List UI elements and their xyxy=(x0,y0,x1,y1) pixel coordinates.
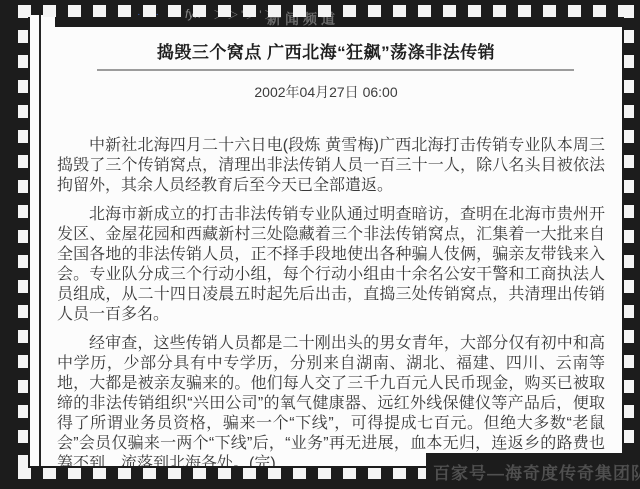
perforation-top xyxy=(18,5,634,17)
title-separator-line xyxy=(97,69,574,71)
watermark-text: 百家号—海奇度传奇集团队 xyxy=(433,459,640,484)
article-title: 捣毁三个窝点 广西北海“狂飙”荡涤非法传销 xyxy=(60,43,592,62)
perforation-left xyxy=(18,5,28,479)
perforation-right xyxy=(624,5,634,455)
paragraph-3: 经审查，这些传销人员都是二十刚出头的男女青年，大部分仅有初中和高中学历，少部分具… xyxy=(57,334,605,466)
paragraph-1: 中新社北海四月二十六日电(段炼 黄雪梅)广西北海打击传销专业队本周三捣毁了三个传… xyxy=(57,136,605,196)
paragraph-2: 北海市新成立的打击非法传销专业队通过明查暗访，查明在北海市贵州开发区、金屋花园和… xyxy=(57,205,605,325)
perforation-bottom xyxy=(18,468,430,479)
article-content: 捣毁三个窝点 广西北海“狂飙”荡涤非法传销 2002年04月27日 06:00 … xyxy=(30,15,622,466)
article-body: 中新社北海四月二十六日电(段炼 黄雪梅)广西北海打击传销专业队本周三捣毁了三个传… xyxy=(57,136,605,466)
framed-article-screenshot: · ·· · fyn ＞＞'＞'＞ 新闻频道 捣毁三个窝点 广西北海“狂飙”荡涤… xyxy=(0,0,640,489)
article-date: 2002年04月27日 06:00 xyxy=(30,82,622,102)
